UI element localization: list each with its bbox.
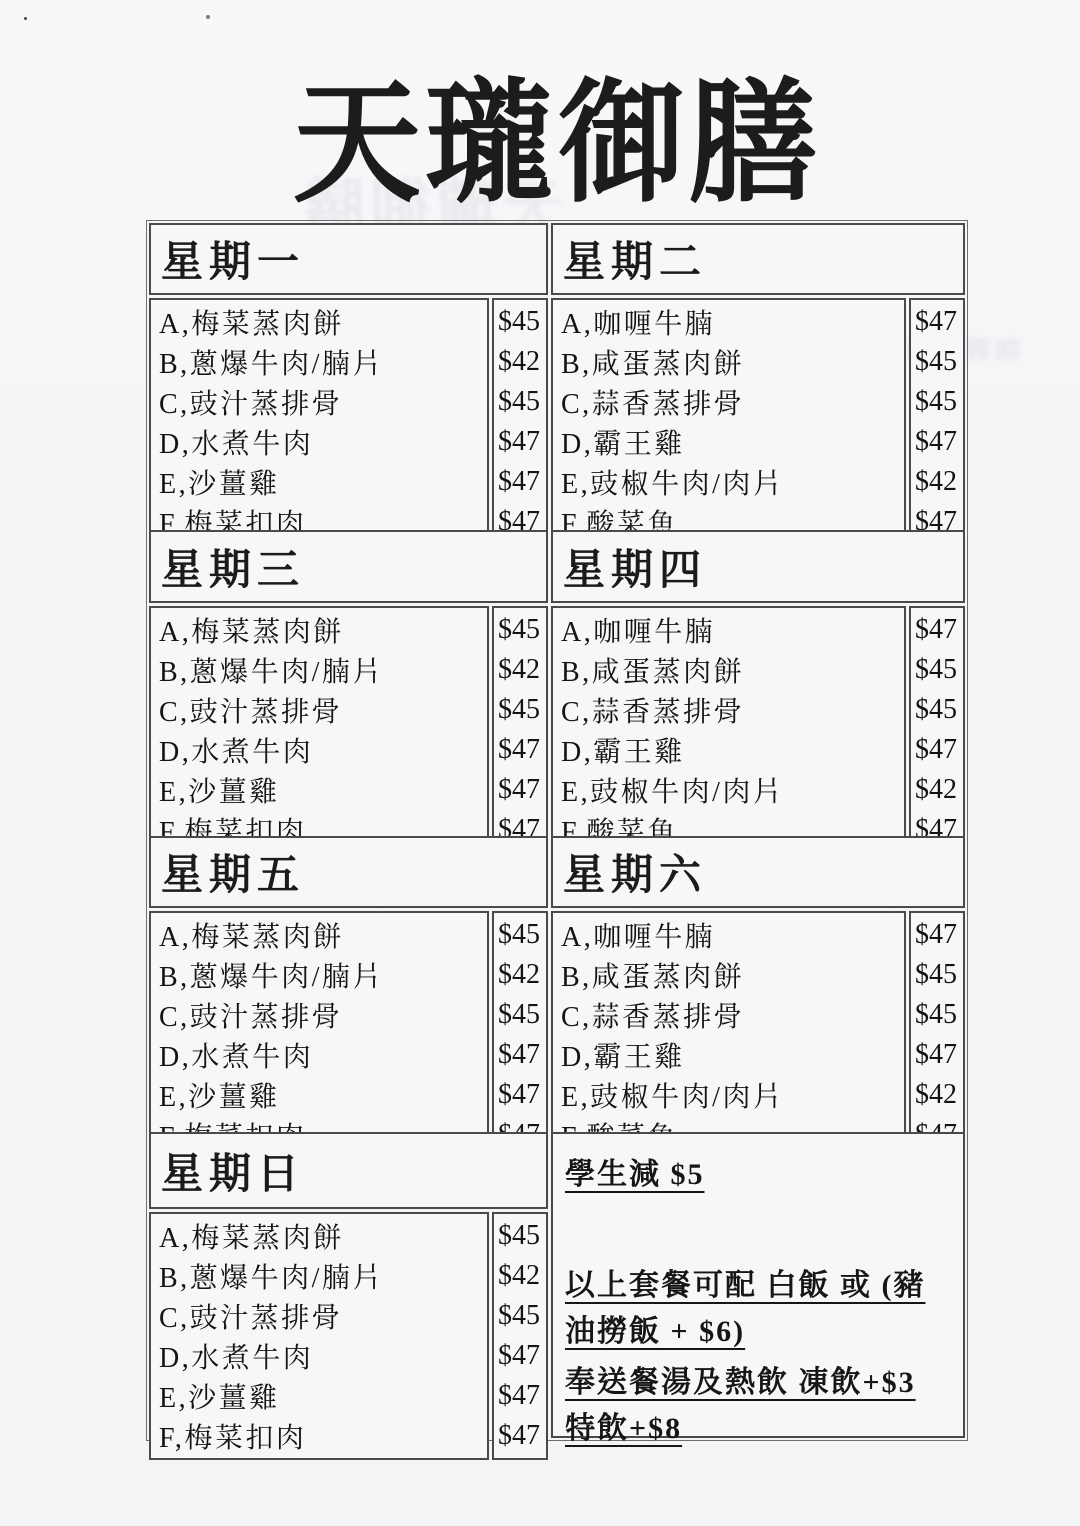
menu-item: E,沙薑雞	[159, 1376, 483, 1416]
day-header-thursday: 星期四	[551, 530, 965, 603]
menu-item-price: $45	[915, 999, 963, 1031]
menu-item-price: $45	[915, 694, 963, 726]
menu-item-price: $45	[498, 694, 546, 726]
menu-item: C,蒜香蒸排骨	[561, 995, 900, 1035]
menu-item-price: $47	[498, 426, 546, 458]
scan-speck	[206, 15, 210, 19]
menu-item-price: $47	[498, 1340, 546, 1372]
menu-item-price: $47	[915, 919, 963, 951]
day-menu-monday: A,梅菜蒸肉餅 B,蔥爆牛肉/腩片 C,豉汁蒸排骨 D,水煮牛肉 E,沙薑雞 F…	[149, 298, 548, 527]
menu-item-price: $45	[498, 1300, 546, 1332]
menu-item-list: A,咖喱牛腩 B,咸蛋蒸肉餅 C,蒜香蒸排骨 D,霸王雞 E,豉椒牛肉/肉片 F…	[551, 298, 906, 546]
menu-item-price: $45	[498, 386, 546, 418]
menu-item: E,豉椒牛肉/肉片	[561, 462, 900, 502]
menu-item-price: $42	[915, 1079, 963, 1111]
menu-item-price: $47	[498, 734, 546, 766]
menu-item-price: $42	[915, 466, 963, 498]
menu-item: C,豉汁蒸排骨	[159, 690, 483, 730]
notes-cell: 學生減 $5 以上套餐可配 白飯 或 (豬油撈飯 + $6) 奉送餐湯及熱飲 凍…	[551, 1132, 965, 1438]
menu-item-price: $47	[498, 774, 546, 806]
menu-item: E,沙薑雞	[159, 1075, 483, 1115]
menu-item-list: A,咖喱牛腩 B,咸蛋蒸肉餅 C,蒜香蒸排骨 D,霸王雞 E,豉椒牛肉/肉片 F…	[551, 911, 906, 1159]
restaurant-title: 天瓏御膳	[0, 36, 1080, 227]
menu-item-list: A,梅菜蒸肉餅 B,蔥爆牛肉/腩片 C,豉汁蒸排骨 D,水煮牛肉 E,沙薑雞 F…	[149, 1212, 489, 1460]
menu-item-price: $47	[498, 1420, 546, 1452]
day-menu-saturday: A,咖喱牛腩 B,咸蛋蒸肉餅 C,蒜香蒸排骨 D,霸王雞 E,豉椒牛肉/肉片 F…	[551, 911, 965, 1129]
menu-item: B,咸蛋蒸肉餅	[561, 650, 900, 690]
menu-item: D,霸王雞	[561, 1035, 900, 1075]
menu-item: A,梅菜蒸肉餅	[159, 610, 483, 650]
menu-item-price: $42	[498, 1260, 546, 1292]
menu-item: D,霸王雞	[561, 422, 900, 462]
menu-item: E,沙薑雞	[159, 462, 483, 502]
menu-item: D,水煮牛肉	[159, 1035, 483, 1075]
menu-item-price: $47	[498, 1380, 546, 1412]
menu-price-list: $45 $42 $45 $47 $47 $47	[492, 911, 548, 1159]
menu-price-list: $47 $45 $45 $47 $42 $47	[909, 298, 965, 546]
menu-item-price: $45	[915, 346, 963, 378]
menu-item: A,梅菜蒸肉餅	[159, 915, 483, 955]
menu-item-price: $42	[498, 346, 546, 378]
menu-item-price: $47	[915, 426, 963, 458]
menu-price-list: $47 $45 $45 $47 $42 $47	[909, 606, 965, 854]
menu-item: C,豉汁蒸排骨	[159, 995, 483, 1035]
menu-item-price: $45	[498, 614, 546, 646]
menu-item-price: $45	[498, 1220, 546, 1252]
menu-price-list: $45 $42 $45 $47 $47 $47	[492, 298, 548, 546]
menu-item: B,蔥爆牛肉/腩片	[159, 1256, 483, 1296]
day-menu-tuesday: A,咖喱牛腩 B,咸蛋蒸肉餅 C,蒜香蒸排骨 D,霸王雞 E,豉椒牛肉/肉片 F…	[551, 298, 965, 527]
menu-item-list: A,梅菜蒸肉餅 B,蔥爆牛肉/腩片 C,豉汁蒸排骨 D,水煮牛肉 E,沙薑雞 F…	[149, 911, 489, 1159]
menu-item-price: $45	[915, 654, 963, 686]
menu-item: C,蒜香蒸排骨	[561, 382, 900, 422]
menu-item-price: $47	[915, 306, 963, 338]
menu-item-list: A,梅菜蒸肉餅 B,蔥爆牛肉/腩片 C,豉汁蒸排骨 D,水煮牛肉 E,沙薑雞 F…	[149, 298, 489, 546]
student-discount-note: 學生減 $5	[565, 1152, 953, 1199]
day-header-tuesday: 星期二	[551, 223, 965, 295]
menu-item: A,梅菜蒸肉餅	[159, 302, 483, 342]
day-header-friday: 星期五	[149, 836, 548, 908]
day-menu-wednesday: A,梅菜蒸肉餅 B,蔥爆牛肉/腩片 C,豉汁蒸排骨 D,水煮牛肉 E,沙薑雞 F…	[149, 606, 548, 833]
menu-item-price: $47	[915, 1039, 963, 1071]
menu-item: D,水煮牛肉	[159, 1336, 483, 1376]
menu-price-list: $47 $45 $45 $47 $42 $47	[909, 911, 965, 1159]
menu-item: A,咖喱牛腩	[561, 302, 900, 342]
menu-item: E,豉椒牛肉/肉片	[561, 770, 900, 810]
day-header-sunday: 星期日	[149, 1132, 548, 1209]
menu-item-price: $45	[915, 959, 963, 991]
day-menu-thursday: A,咖喱牛腩 B,咸蛋蒸肉餅 C,蒜香蒸排骨 D,霸王雞 E,豉椒牛肉/肉片 F…	[551, 606, 965, 833]
menu-item: A,梅菜蒸肉餅	[159, 1216, 483, 1256]
menu-item-price: $47	[498, 466, 546, 498]
menu-item-price: $42	[498, 959, 546, 991]
menu-item-price: $47	[498, 1079, 546, 1111]
menu-item: B,咸蛋蒸肉餅	[561, 342, 900, 382]
menu-item: A,咖喱牛腩	[561, 915, 900, 955]
weekly-menu-table: 星期一 星期二 A,梅菜蒸肉餅 B,蔥爆牛肉/腩片 C,豉汁蒸排骨 D,水煮牛肉…	[146, 220, 968, 1441]
menu-item: D,霸王雞	[561, 730, 900, 770]
menu-item-price: $47	[915, 734, 963, 766]
day-menu-friday: A,梅菜蒸肉餅 B,蔥爆牛肉/腩片 C,豉汁蒸排骨 D,水煮牛肉 E,沙薑雞 F…	[149, 911, 548, 1129]
menu-price-list: $45 $42 $45 $47 $47 $47	[492, 1212, 548, 1460]
day-menu-sunday: A,梅菜蒸肉餅 B,蔥爆牛肉/腩片 C,豉汁蒸排骨 D,水煮牛肉 E,沙薑雞 F…	[149, 1212, 548, 1438]
soup-drinks-note: 奉送餐湯及熱飲 凍飲+$3 特飲+$8	[565, 1360, 953, 1453]
day-header-saturday: 星期六	[551, 836, 965, 908]
menu-item-list: A,咖喱牛腩 B,咸蛋蒸肉餅 C,蒜香蒸排骨 D,霸王雞 E,豉椒牛肉/肉片 F…	[551, 606, 906, 854]
menu-item: C,豉汁蒸排骨	[159, 1296, 483, 1336]
menu-item: F,梅菜扣肉	[159, 1416, 483, 1456]
menu-item-price: $47	[915, 614, 963, 646]
menu-item-price: $45	[498, 999, 546, 1031]
menu-item: B,咸蛋蒸肉餅	[561, 955, 900, 995]
rice-option-note: 以上套餐可配 白飯 或 (豬油撈飯 + $6)	[565, 1263, 953, 1356]
menu-item: E,沙薑雞	[159, 770, 483, 810]
menu-item-price: $42	[915, 774, 963, 806]
menu-item: B,蔥爆牛肉/腩片	[159, 342, 483, 382]
menu-item: B,蔥爆牛肉/腩片	[159, 955, 483, 995]
menu-item-price: $47	[498, 1039, 546, 1071]
scanned-menu-page: 天瓏御膳 咖喱牛腩 咸蛋蒸肉餅 蒜香蒸排骨 梅菜蒸肉餅 豉汁蒸排骨 水煮牛肉 霸…	[0, 0, 1080, 1526]
menu-item-price: $45	[498, 919, 546, 951]
menu-price-list: $45 $42 $45 $47 $47 $47	[492, 606, 548, 854]
day-header-wednesday: 星期三	[149, 530, 548, 603]
menu-item-price: $42	[498, 654, 546, 686]
menu-item: A,咖喱牛腩	[561, 610, 900, 650]
menu-item: C,蒜香蒸排骨	[561, 690, 900, 730]
menu-item: B,蔥爆牛肉/腩片	[159, 650, 483, 690]
menu-item-price: $45	[915, 386, 963, 418]
menu-item: D,水煮牛肉	[159, 422, 483, 462]
scan-speck	[24, 17, 27, 20]
menu-item-price: $45	[498, 306, 546, 338]
menu-item: D,水煮牛肉	[159, 730, 483, 770]
day-header-monday: 星期一	[149, 223, 548, 295]
menu-item-list: A,梅菜蒸肉餅 B,蔥爆牛肉/腩片 C,豉汁蒸排骨 D,水煮牛肉 E,沙薑雞 F…	[149, 606, 489, 854]
menu-item: E,豉椒牛肉/肉片	[561, 1075, 900, 1115]
menu-item: C,豉汁蒸排骨	[159, 382, 483, 422]
